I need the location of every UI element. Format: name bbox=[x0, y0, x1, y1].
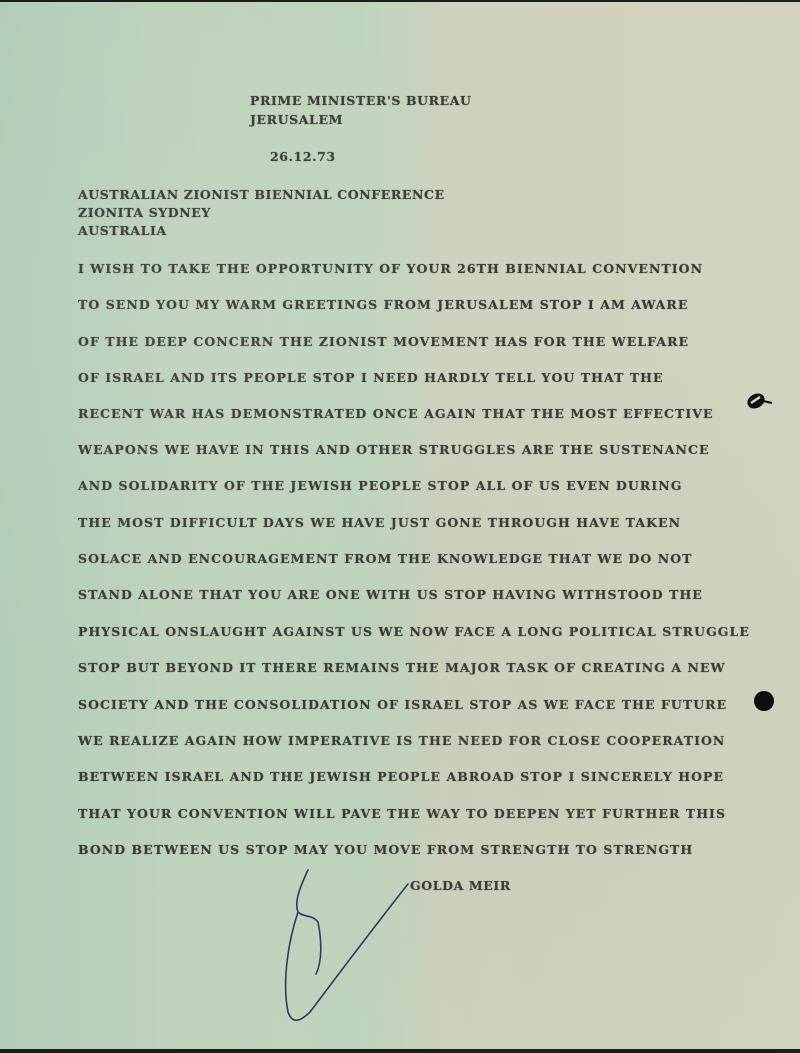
body-line: STOP BUT BEYOND IT THERE REMAINS THE MAJ… bbox=[78, 660, 726, 675]
body-line: OF THE DEEP CONCERN THE ZIONIST MOVEMENT… bbox=[78, 334, 689, 349]
body-line: WEAPONS WE HAVE IN THIS AND OTHER STRUGG… bbox=[78, 442, 710, 457]
body-line: STAND ALONE THAT YOU ARE ONE WITH US STO… bbox=[78, 587, 703, 602]
body-line: THE MOST DIFFICULT DAYS WE HAVE JUST GON… bbox=[78, 515, 681, 530]
body-line: BOND BETWEEN US STOP MAY YOU MOVE FROM S… bbox=[78, 842, 693, 857]
handwritten-signature-icon bbox=[270, 862, 430, 1032]
telegram-page: PRIME MINISTER'S BUREAU JERUSALEM 26.12.… bbox=[0, 2, 800, 1049]
header-bureau: PRIME MINISTER'S BUREAU bbox=[250, 93, 472, 108]
stamp-mark-icon bbox=[742, 386, 778, 416]
body-line: SOLACE AND ENCOURAGEMENT FROM THE KNOWLE… bbox=[78, 551, 693, 566]
body-line: BETWEEN ISRAEL AND THE JEWISH PEOPLE ABR… bbox=[78, 769, 724, 784]
body-line: THAT YOUR CONVENTION WILL PAVE THE WAY T… bbox=[78, 806, 726, 821]
body-line: WE REALIZE AGAIN HOW IMPERATIVE IS THE N… bbox=[78, 733, 725, 748]
body-line: I WISH TO TAKE THE OPPORTUNITY OF YOUR 2… bbox=[78, 261, 703, 276]
header-city: JERUSALEM bbox=[250, 112, 343, 127]
body-line: SOCIETY AND THE CONSOLIDATION OF ISRAEL … bbox=[78, 697, 727, 712]
recipient-line-3: AUSTRALIA bbox=[78, 223, 167, 238]
body-line: PHYSICAL ONSLAUGHT AGAINST US WE NOW FAC… bbox=[78, 624, 750, 639]
punch-hole bbox=[754, 691, 774, 711]
recipient-line-2: ZIONITA SYDNEY bbox=[78, 205, 211, 220]
date: 26.12.73 bbox=[270, 149, 336, 164]
recipient-line-1: AUSTRALIAN ZIONIST BIENNIAL CONFERENCE bbox=[78, 187, 445, 202]
body-line: TO SEND YOU MY WARM GREETINGS FROM JERUS… bbox=[78, 297, 688, 312]
body-line: AND SOLIDARITY OF THE JEWISH PEOPLE STOP… bbox=[78, 478, 682, 493]
body-line: RECENT WAR HAS DEMONSTRATED ONCE AGAIN T… bbox=[78, 406, 714, 421]
body-line: OF ISRAEL AND ITS PEOPLE STOP I NEED HAR… bbox=[78, 370, 664, 385]
